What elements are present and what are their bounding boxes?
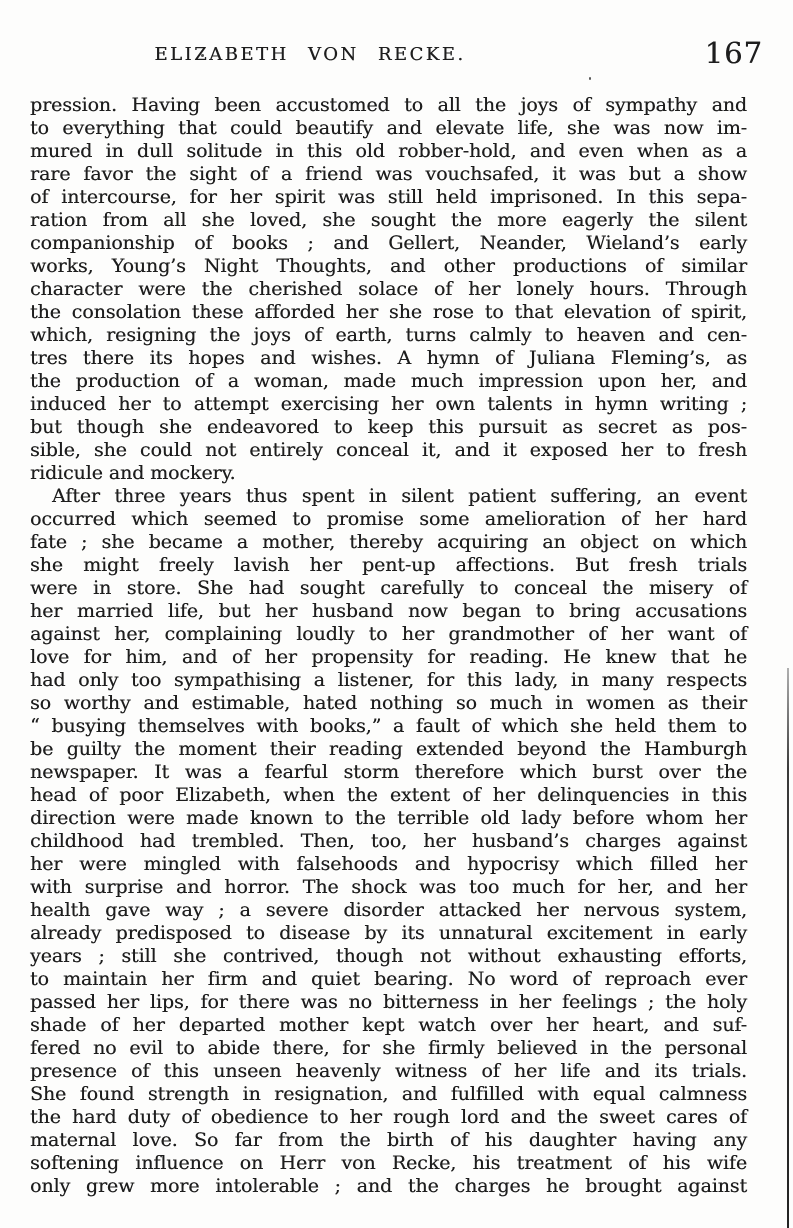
text-line: fate ; she became a mother, thereby acqu… <box>30 531 747 554</box>
page-text: pression. Having been accustomed to all … <box>30 94 747 1198</box>
text-line: After three years thus spent in silent p… <box>30 485 747 508</box>
running-header: ELIZABETH VON RECKE. <box>30 44 590 65</box>
text-line: she might freely lavish her pent-up affe… <box>30 554 747 577</box>
text-line: to everything that could beautify and el… <box>30 117 747 140</box>
text-line: had only too sympathising a listener, fo… <box>30 669 747 692</box>
text-line: companionship of books ; and Gellert, Ne… <box>30 232 747 255</box>
text-line: of intercourse, for her spirit was still… <box>30 186 747 209</box>
text-line: only grew more intolerable ; and the cha… <box>30 1175 747 1198</box>
text-line: direction were made known to the terribl… <box>30 807 747 830</box>
text-line: childhood had trembled. Then, too, her h… <box>30 830 747 853</box>
scan-speck <box>589 77 591 80</box>
text-line: occurred which seemed to promise some am… <box>30 508 747 531</box>
text-line: presence of this unseen heavenly witness… <box>30 1060 747 1083</box>
text-line: character were the cherished solace of h… <box>30 278 747 301</box>
text-line: so worthy and estimable, hated nothing s… <box>30 692 747 715</box>
text-line: her were mingled with falsehoods and hyp… <box>30 853 747 876</box>
text-line: which, resigning the joys of earth, turn… <box>30 324 747 347</box>
page-header: ELIZABETH VON RECKE. 167 <box>0 0 793 96</box>
text-line: ridicule and mockery. <box>30 462 747 485</box>
text-line: newspaper. It was a fearful storm theref… <box>30 761 747 784</box>
text-line: love for him, and of her propensity for … <box>30 646 747 669</box>
text-line: but though she endeavored to keep this p… <box>30 416 747 439</box>
text-line: “ busying themselves with books,” a faul… <box>30 715 747 738</box>
text-line: years ; still she contrived, though not … <box>30 945 747 968</box>
text-line: shade of her departed mother kept watch … <box>30 1014 747 1037</box>
text-line: the hard duty of obedience to her rough … <box>30 1106 747 1129</box>
text-line: head of poor Elizabeth, when the extent … <box>30 784 747 807</box>
page-number: 167 <box>705 36 763 70</box>
text-line: passed her lips, for there was no bitter… <box>30 991 747 1014</box>
text-line: tres there its hopes and wishes. A hymn … <box>30 347 747 370</box>
text-line: rare favor the sight of a friend was vou… <box>30 163 747 186</box>
text-line: with surprise and horror. The shock was … <box>30 876 747 899</box>
text-line: against her, complaining loudly to her g… <box>30 623 747 646</box>
text-line: pression. Having been accustomed to all … <box>30 94 747 117</box>
text-line: maternal love. So far from the birth of … <box>30 1129 747 1152</box>
book-page: ELIZABETH VON RECKE. 167 pression. Havin… <box>0 0 793 1228</box>
text-line: ration from all she loved, she sought th… <box>30 209 747 232</box>
paragraph: After three years thus spent in silent p… <box>30 485 747 1198</box>
text-line: induced her to attempt exercising her ow… <box>30 393 747 416</box>
text-line: sible, she could not entirely conceal it… <box>30 439 747 462</box>
text-line: mured in dull solitude in this old robbe… <box>30 140 747 163</box>
scan-speck <box>201 54 204 57</box>
text-line: already predisposed to disease by its un… <box>30 922 747 945</box>
text-line: were in store. She had sought carefully … <box>30 577 747 600</box>
text-line: She found strength in resignation, and f… <box>30 1083 747 1106</box>
text-line: her married life, but her husband now be… <box>30 600 747 623</box>
text-line: works, Young’s Night Thoughts, and other… <box>30 255 747 278</box>
text-line: be guilty the moment their reading exten… <box>30 738 747 761</box>
text-line: the production of a woman, made much imp… <box>30 370 747 393</box>
scan-line-artifact <box>787 668 789 1228</box>
text-line: softening influence on Herr von Recke, h… <box>30 1152 747 1175</box>
text-line: health gave way ; a severe disorder atta… <box>30 899 747 922</box>
paragraph: pression. Having been accustomed to all … <box>30 94 747 485</box>
text-line: to maintain her firm and quiet bearing. … <box>30 968 747 991</box>
text-line: fered no evil to abide there, for she fi… <box>30 1037 747 1060</box>
text-line: the consolation these afforded her she r… <box>30 301 747 324</box>
